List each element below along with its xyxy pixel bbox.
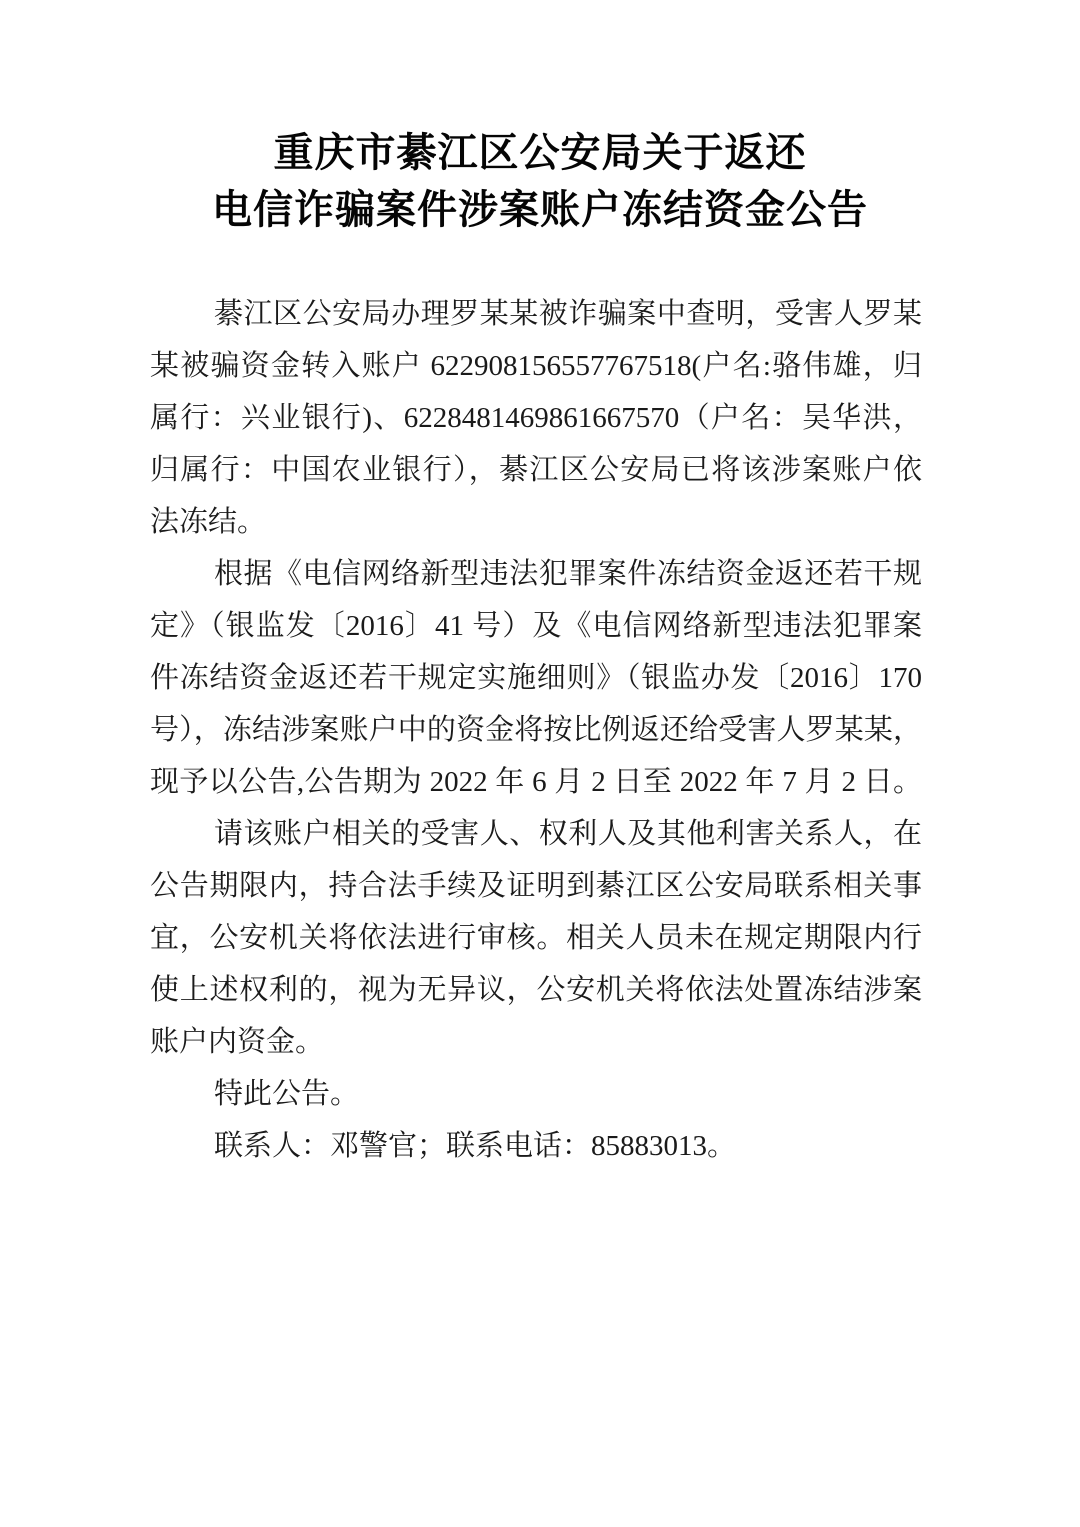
title-line-2: 电信诈骗案件涉案账户冻结资金公告 <box>0 181 1080 238</box>
text-line: 法冻结。 <box>150 496 922 548</box>
text-line: 定》（银监发〔2016〕41 号）及《电信网络新型违法犯罪案 <box>150 600 922 652</box>
text-line: 某被骗资金转入账户 622908156557767518(户名:骆伟雄，归 <box>150 340 922 392</box>
document-title: 重庆市綦江区公安局关于返还 电信诈骗案件涉案账户冻结资金公告 <box>0 124 1080 238</box>
paragraph-4: 特此公告。 <box>150 1068 922 1120</box>
text-line: 宜，公安机关将依法进行审核。相关人员未在规定期限内行 <box>150 912 922 964</box>
text-line: 使上述权利的，视为无异议，公安机关将依法处置冻结涉案 <box>150 964 922 1016</box>
text-line: 根据《电信网络新型违法犯罪案件冻结资金返还若干规 <box>150 548 922 600</box>
text-line: 件冻结资金返还若干规定实施细则》（银监办发〔2016〕170 <box>150 652 922 704</box>
text-line: 公告期限内，持合法手续及证明到綦江区公安局联系相关事 <box>150 860 922 912</box>
text-line: 联系人：邓警官；联系电话：85883013。 <box>150 1120 922 1172</box>
text-line: 现予以公告,公告期为 2022 年 6 月 2 日至 2022 年 7 月 2 … <box>150 756 922 808</box>
text-line: 綦江区公安局办理罗某某被诈骗案中查明，受害人罗某 <box>150 288 922 340</box>
document-body: 綦江区公安局办理罗某某被诈骗案中查明，受害人罗某某被骗资金转入账户 622908… <box>150 288 922 1172</box>
text-line: 请该账户相关的受害人、权利人及其他利害关系人，在 <box>150 808 922 860</box>
text-line: 属行：兴业银行)、6228481469861667570（户名：吴华洪， <box>150 392 922 444</box>
text-line: 号），冻结涉案账户中的资金将按比例返还给受害人罗某某， <box>150 704 922 756</box>
paragraph-1: 綦江区公安局办理罗某某被诈骗案中查明，受害人罗某某被骗资金转入账户 622908… <box>150 288 922 548</box>
announcement-page: 重庆市綦江区公安局关于返还 电信诈骗案件涉案账户冻结资金公告 綦江区公安局办理罗… <box>0 0 1080 1527</box>
title-line-1: 重庆市綦江区公安局关于返还 <box>0 124 1080 181</box>
paragraph-2: 根据《电信网络新型违法犯罪案件冻结资金返还若干规定》（银监发〔2016〕41 号… <box>150 548 922 808</box>
paragraph-3: 请该账户相关的受害人、权利人及其他利害关系人，在公告期限内，持合法手续及证明到綦… <box>150 808 922 1068</box>
text-line: 归属行：中国农业银行），綦江区公安局已将该涉案账户依 <box>150 444 922 496</box>
text-line: 特此公告。 <box>150 1068 922 1120</box>
text-line: 账户内资金。 <box>150 1016 922 1068</box>
paragraph-5: 联系人：邓警官；联系电话：85883013。 <box>150 1120 922 1172</box>
